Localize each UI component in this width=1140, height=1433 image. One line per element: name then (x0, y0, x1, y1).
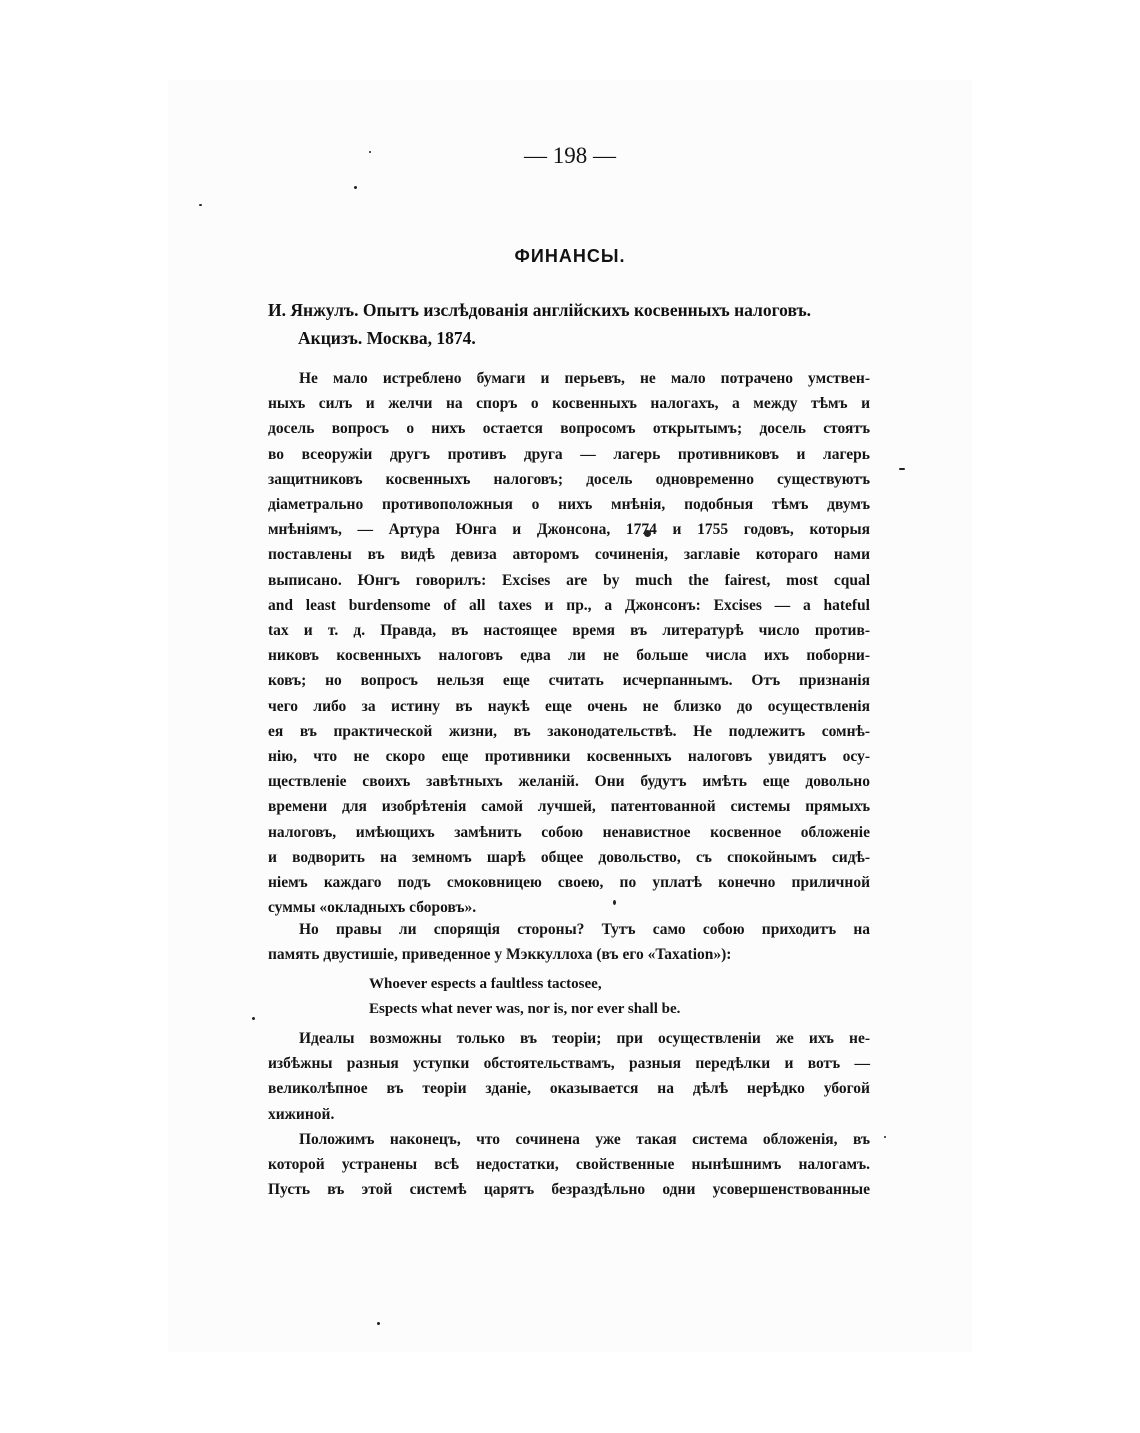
text-line: Идеалы возможны только въ теоріи; при ос… (268, 1026, 870, 1051)
text-line: хижиной. (268, 1102, 870, 1127)
text-line: ковъ; но вопросъ нельзя еще считать исче… (268, 668, 870, 693)
text-line: и водворить на земномъ шарѣ общее доволь… (268, 845, 870, 870)
text-line: діаметрально противоположныя о нихъ мнѣн… (268, 492, 870, 517)
text-line: and least burdensome of all taxes и пр.,… (268, 593, 870, 618)
text-line: защитниковъ косвенныхъ налоговъ; досель … (268, 467, 870, 492)
text-line: Пусть въ этой системѣ царятъ безраздѣльн… (268, 1177, 870, 1202)
page-number: — 198 — (0, 143, 1140, 169)
text-line: чего либо за истину въ наукѣ еще очень н… (268, 694, 870, 719)
text-line: память двустишіе, приведенное у Мэккулло… (268, 942, 870, 967)
text-line: никовъ косвенныхъ налоговъ едва ли не бо… (268, 643, 870, 668)
scan-speck (899, 468, 905, 470)
text-line: поставлены въ видѣ девиза авторомъ сочин… (268, 542, 870, 567)
text-line: ществленіе своихъ завѣтныхъ желаній. Они… (268, 769, 870, 794)
text-line: tax и т. д. Правда, въ настоящее время в… (268, 618, 870, 643)
text-line: мнѣніямъ, — Артура Юнга и Джонсона, 1774… (268, 517, 870, 542)
paragraph-4: Положимъ наконецъ, что сочинена уже така… (268, 1127, 870, 1203)
text-line: ея въ практической жизни, въ законодател… (268, 719, 870, 744)
scan-speck (644, 530, 651, 537)
scan-speck (884, 1136, 886, 1138)
scan-speck (377, 1322, 380, 1325)
bibliography-line-2: Акцизъ. Москва, 1874. (268, 324, 874, 352)
text-line: во всеоружіи другъ противъ друга — лагер… (268, 442, 870, 467)
scan-speck (354, 186, 357, 189)
text-line: великолѣпное въ теоріи зданіе, оказывает… (268, 1076, 870, 1101)
scan-speck (199, 204, 202, 206)
text-line: выписано. Юнгъ говорилъ: Excises are by … (268, 568, 870, 593)
text-line: Положимъ наконецъ, что сочинена уже така… (268, 1127, 870, 1152)
text-line: налоговъ, имѣющихъ замѣнить собою ненави… (268, 820, 870, 845)
text-line: которой устранены всѣ недостатки, свойст… (268, 1152, 870, 1177)
text-line: ніемъ каждаго подъ смоковницею своею, по… (268, 870, 870, 895)
text-line: Но правы ли спорящія стороны? Тутъ само … (268, 917, 870, 942)
paragraph-2: Но правы ли спорящія стороны? Тутъ само … (268, 917, 870, 967)
scan-speck (613, 900, 616, 905)
bibliography-line-1: И. Янжулъ. Опытъ изслѣдованія англійских… (268, 300, 811, 320)
paragraph-1: Не мало истреблено бумаги и перьевъ, не … (268, 366, 870, 920)
scan-speck (369, 151, 371, 153)
section-title: ФИНАНСЫ. (0, 246, 1140, 267)
paragraph-3: Идеалы возможны только въ теоріи; при ос… (268, 1026, 870, 1127)
bibliographic-entry: И. Янжулъ. Опытъ изслѣдованія англійских… (268, 296, 874, 352)
scan-speck (252, 1017, 255, 1020)
verse-quotation: Whoever espects a faultless tactosee, Es… (369, 972, 680, 1022)
verse-line: Whoever espects a faultless tactosee, (369, 972, 680, 997)
text-line: досель вопросъ о нихъ остается вопросомъ… (268, 416, 870, 441)
text-line: Не мало истреблено бумаги и перьевъ, не … (268, 366, 870, 391)
verse-line: Espects what never was, nor is, nor ever… (369, 997, 680, 1022)
text-line: нію, что не скоро еще противники косвенн… (268, 744, 870, 769)
text-line: избѣжны разныя уступки обстоятельствамъ,… (268, 1051, 870, 1076)
text-line: ныхъ силъ и желчи на споръ о косвенныхъ … (268, 391, 870, 416)
text-line: времени для изобрѣтенія самой лучшей, па… (268, 794, 870, 819)
